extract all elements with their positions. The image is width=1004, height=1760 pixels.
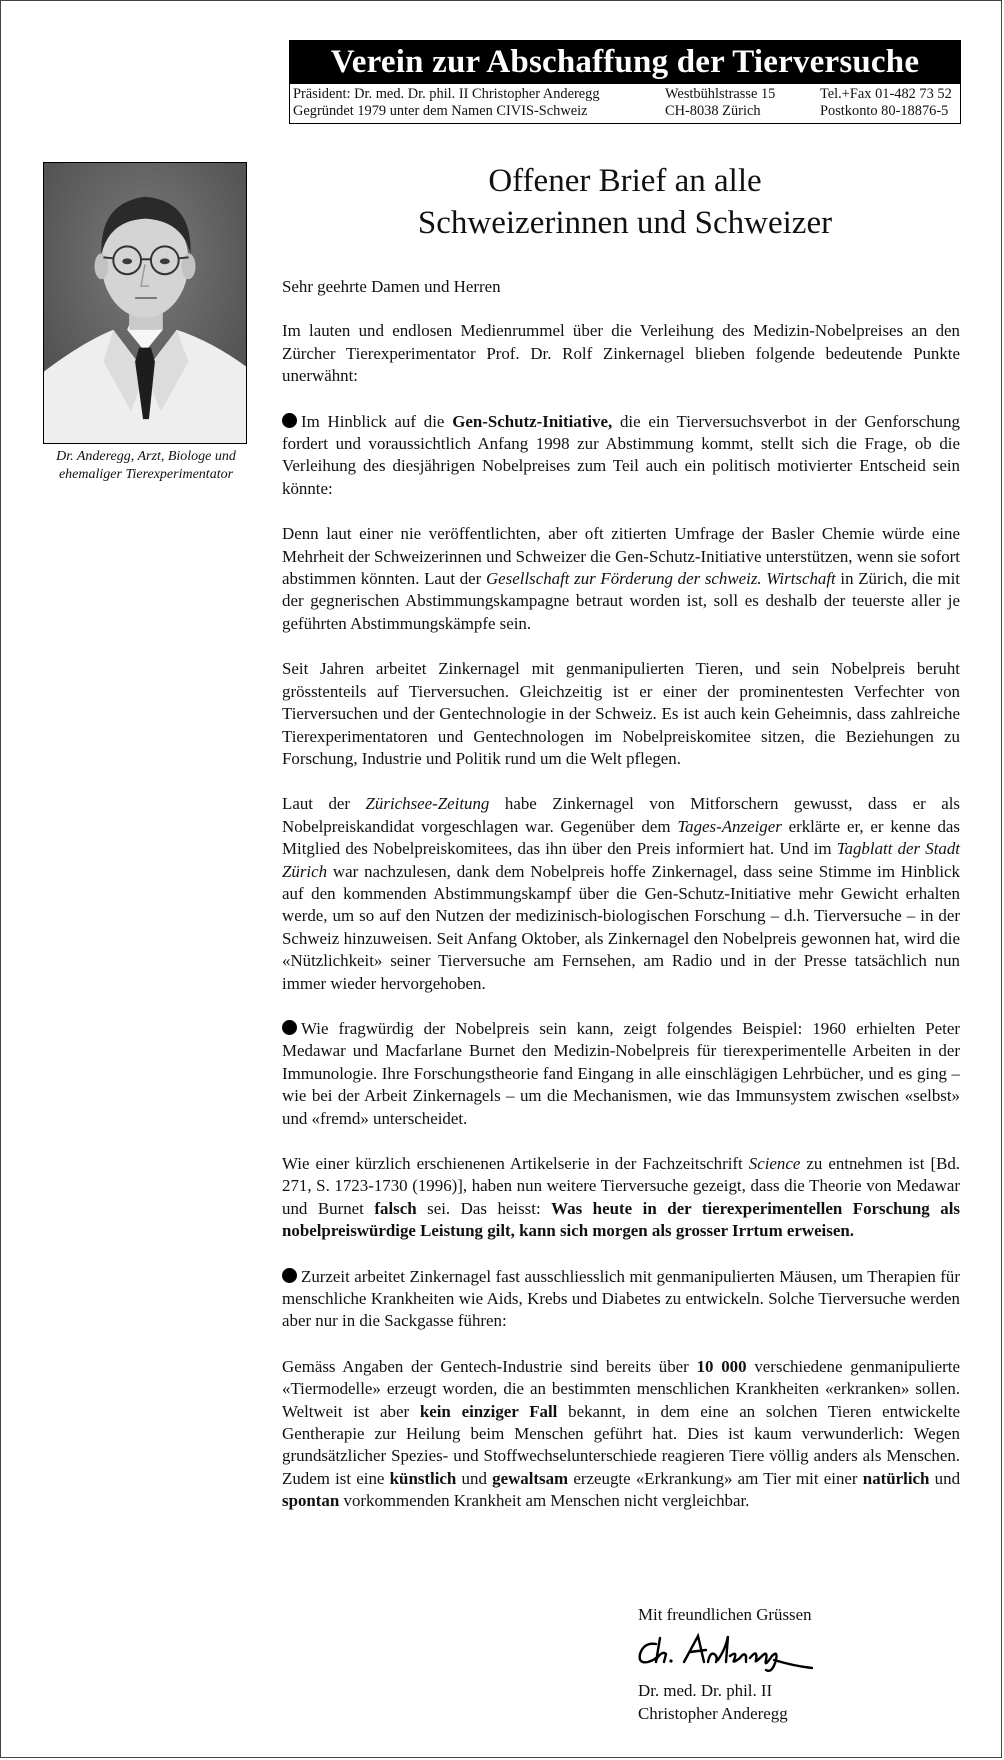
bold-gewaltsam: gewaltsam (492, 1469, 568, 1488)
salutation: Sehr geehrte Damen und Herren (282, 276, 960, 298)
bullet-icon (282, 413, 297, 428)
photo-caption: Dr. Anderegg, Arzt, Biologe und ehemalig… (35, 448, 257, 484)
italic-gesellschaft: Gesellschaft zur Förderung der schweiz. … (486, 569, 836, 588)
title-line-2: Schweizerinnen und Schweizer (340, 202, 910, 244)
title-line-1: Offener Brief an alle (340, 160, 910, 202)
signature-icon (634, 1630, 958, 1676)
organization-name: Verein zur Abschaffung der Tierversuche (290, 41, 960, 83)
photo-caption-line-1: Dr. Anderegg, Arzt, Biologe und (35, 448, 257, 466)
paragraph-umfrage: Denn laut einer nie veröffentlichten, ab… (282, 523, 960, 635)
paragraph-medawar-burnet: Wie fragwürdig der Nobelpreis sein kann,… (282, 1018, 960, 1130)
street-address: Westbühlstrasse 15 (665, 86, 820, 103)
bullet-icon (282, 1268, 297, 1283)
postal-account: Postkonto 80-18876-5 (820, 103, 957, 120)
italic-science: Science (749, 1154, 801, 1173)
paragraph-zuerichsee-zeitung: Laut der Zürichsee-Zeitung habe Zinkerna… (282, 793, 960, 995)
paragraph-maeuse: Zurzeit arbeitet Zinkernagel fast aussch… (282, 1266, 960, 1333)
page-title: Offener Brief an alle Schweizerinnen und… (340, 160, 910, 244)
paragraph-genmanipulierte-tiere: Seit Jahren arbeitet Zinkernagel mit gen… (282, 658, 960, 770)
letterhead-contact-info: Präsident: Dr. med. Dr. phil. II Christo… (290, 83, 960, 123)
paragraph-tiermodelle: Gemäss Angaben der Gentech-Industrie sin… (282, 1356, 960, 1513)
photo-caption-line-2: ehemaliger Tierexperimentator (35, 466, 257, 484)
phone-fax: Tel.+Fax 01-482 73 52 (820, 86, 957, 103)
bold-kein-einziger-fall: kein einziger Fall (420, 1402, 558, 1421)
italic-zuerichsee-zeitung: Zürichsee-Zeitung (366, 794, 490, 813)
italic-tages-anzeiger: Tages-Anzeiger (677, 817, 781, 836)
signatory-name: Christopher Anderegg (638, 1703, 958, 1725)
bold-kuenstlich: künstlich (390, 1469, 457, 1488)
paragraph-gen-schutz-initiative: Im Hinblick auf die Gen-Schutz-Initiativ… (282, 411, 960, 501)
city-address: CH-8038 Zürich (665, 103, 820, 120)
closing-greeting: Mit freundlichen Grüssen (638, 1604, 958, 1626)
bold-falsch: falsch (374, 1199, 416, 1218)
bold-natuerlich: natürlich (863, 1469, 930, 1488)
founded-line: Gegründet 1979 unter dem Namen CIVIS-Sch… (293, 103, 665, 120)
bold-gen-schutz-initiative: Gen-Schutz-Initiative, (452, 412, 612, 431)
portrait-photo (43, 162, 247, 444)
portrait-illustration (44, 163, 246, 443)
letterhead: Verein zur Abschaffung der Tierversuche … (289, 40, 961, 124)
bold-spontan: spontan (282, 1491, 339, 1510)
letter-body: Sehr geehrte Damen und Herren Im lauten … (282, 276, 960, 1536)
closing: Mit freundlichen Grüssen Dr. med. Dr. ph… (638, 1604, 958, 1725)
paragraph-science: Wie einer kürzlich erschienenen Artikels… (282, 1153, 960, 1243)
signatory-title: Dr. med. Dr. phil. II (638, 1680, 958, 1702)
bullet-icon (282, 1020, 297, 1035)
bold-10000: 10 000 (697, 1357, 747, 1376)
intro-paragraph: Im lauten und endlosen Medienrummel über… (282, 320, 960, 387)
president-line: Präsident: Dr. med. Dr. phil. II Christo… (293, 86, 665, 103)
